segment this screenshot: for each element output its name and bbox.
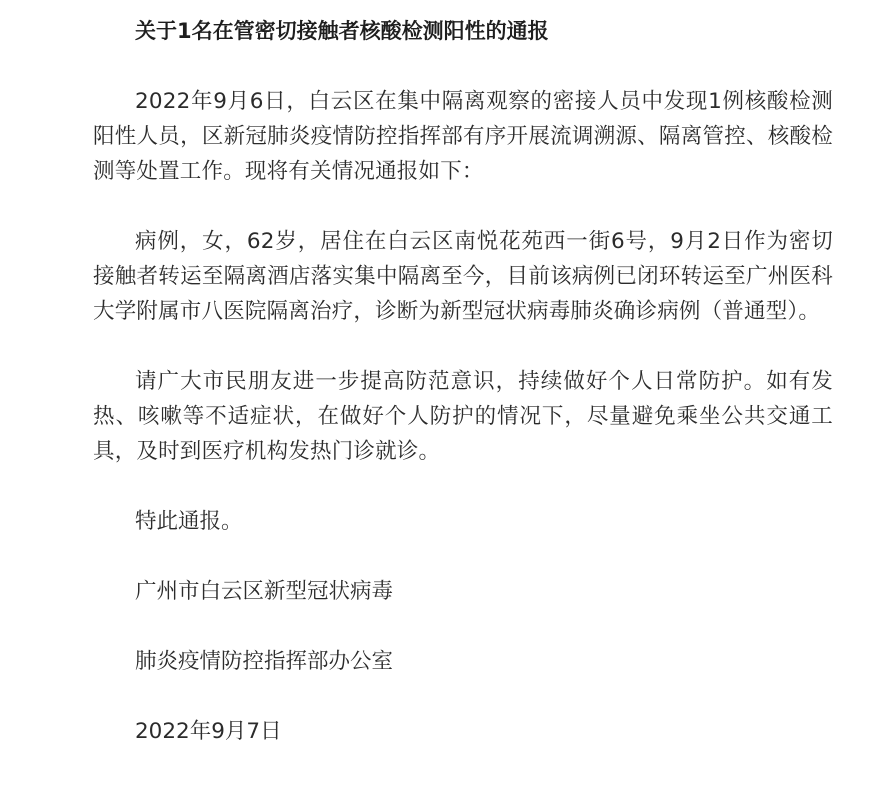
closing-text: 特此通报。	[93, 504, 833, 539]
notice-title: 关于1名在管密切接触者核酸检测阳性的通报	[135, 14, 833, 48]
paragraph-public-advice: 请广大市民朋友进一步提高防范意识，持续做好个人日常防护。如有发热、咳嗽等不适症状…	[93, 364, 833, 469]
notice-document: 关于1名在管密切接触者核酸检测阳性的通报 2022年9月6日，白云区在集中隔离观…	[93, 14, 833, 749]
notice-date: 2022年9月7日	[93, 714, 833, 749]
signature-line-2: 肺炎疫情防控指挥部办公室	[93, 644, 833, 679]
paragraph-incident: 2022年9月6日，白云区在集中隔离观察的密接人员中发现1例核酸检测阳性人员，区…	[93, 84, 833, 189]
paragraph-case-details: 病例，女，62岁，居住在白云区南悦花苑西一街6号，9月2日作为密切接触者转运至隔…	[93, 224, 833, 329]
signature-line-1: 广州市白云区新型冠状病毒	[93, 574, 833, 609]
